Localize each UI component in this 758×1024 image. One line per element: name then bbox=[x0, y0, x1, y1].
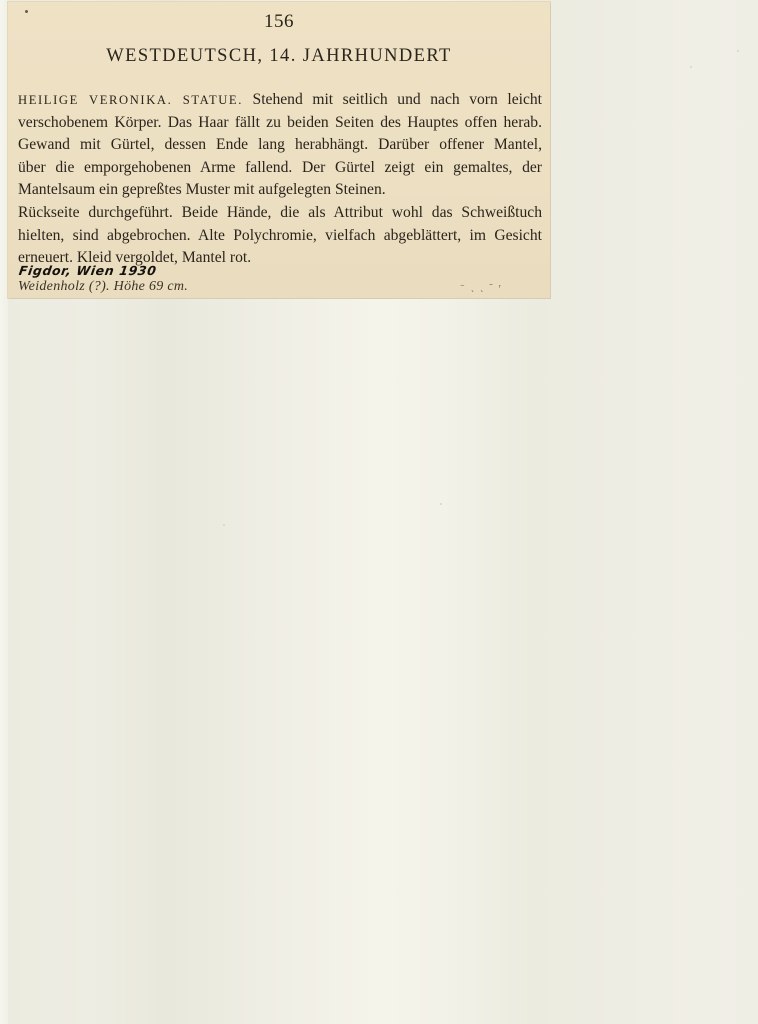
section-heading: WESTDEUTSCH, 14. JAHRHUNDERT bbox=[8, 46, 550, 67]
entry-line-2: verschobenem Körper. Das Haar fällt zu b… bbox=[18, 112, 542, 135]
mount-speck bbox=[440, 503, 442, 505]
mount-speck bbox=[223, 524, 225, 526]
entry-line-6: Rückseite durchgeführt. Beide Hände, die… bbox=[18, 202, 542, 225]
entry-title: HEILIGE VERONIKA. STATUE. bbox=[18, 93, 243, 107]
entry-line-7: hielten, sind abgebrochen. Alte Polychro… bbox=[18, 225, 542, 248]
page-number: 156 bbox=[8, 11, 550, 33]
stray-print-marks: ⁻ ˏ ˎ ˉ ʳ bbox=[460, 282, 503, 293]
entry-line-1-text: Stehend mit seitlich und nach vorn leich… bbox=[243, 91, 542, 108]
mount-speck bbox=[737, 50, 739, 52]
entry-line-5: Mantelsaum ein gepreßtes Muster mit aufg… bbox=[18, 179, 542, 202]
mount-left-edge bbox=[0, 0, 8, 1024]
entry-line-1: HEILIGE VERONIKA. STATUE. Stehend mit se… bbox=[18, 89, 542, 112]
mount-speck bbox=[690, 66, 692, 68]
handwritten-provenance-note: Figdor, Wien 1930 bbox=[18, 263, 158, 278]
material-dimensions: Weidenholz (?). Höhe 69 cm. bbox=[18, 279, 188, 295]
entry-line-4: über die emporgehobenen Arme fallend. De… bbox=[18, 157, 542, 180]
entry-line-3: Gewand mit Gürtel, dessen Ende lang hera… bbox=[18, 134, 542, 157]
entry-description: HEILIGE VERONIKA. STATUE. Stehend mit se… bbox=[18, 89, 542, 270]
catalog-card: 156 WESTDEUTSCH, 14. JAHRHUNDERT HEILIGE… bbox=[8, 2, 550, 298]
